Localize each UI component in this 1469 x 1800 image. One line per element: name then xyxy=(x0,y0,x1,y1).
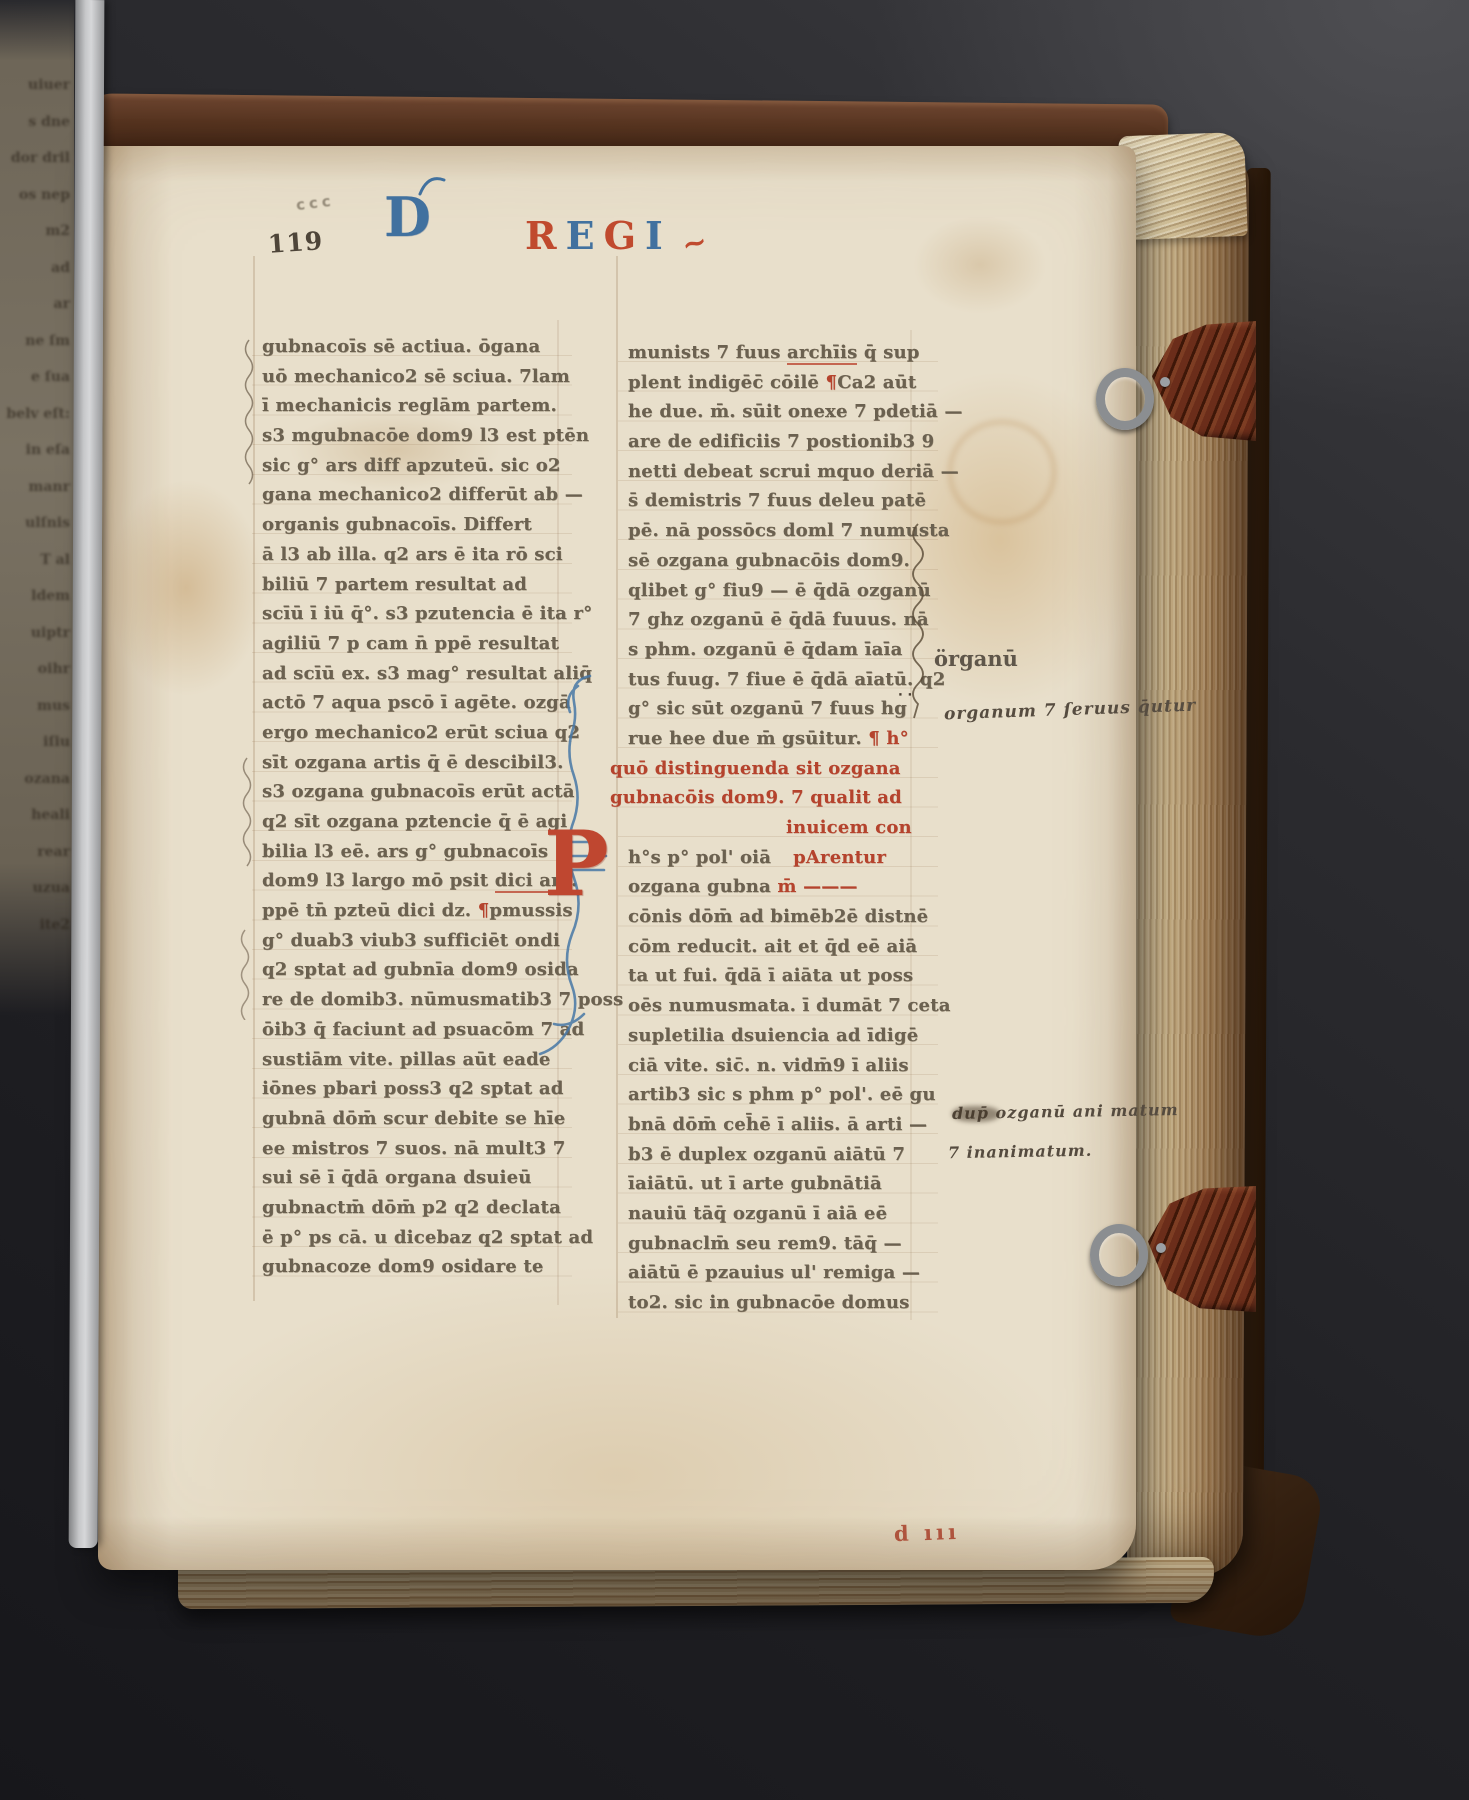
manuscript-line: h°s p° pol' oiāpArentur xyxy=(628,843,924,873)
text-segment: sīt ozgana artis q̄ ē descibil3. xyxy=(262,752,564,773)
manuscript-line: ā l3 ab illa. q2 ars ē ita rō sci xyxy=(262,540,558,570)
metal-pin-bottom xyxy=(1156,1243,1166,1253)
text-segment: ē p° ps cā. u dicebaz q2 sptat ad xyxy=(262,1227,593,1248)
facing-page-ghost-text: ad xyxy=(0,253,75,283)
text-segment: qlibet g° fiu9 — ē q̄dā ozganū xyxy=(628,580,931,601)
facing-page-ghost-text: ulſnis xyxy=(0,508,75,538)
manuscript-line: g° duab3 viub3 sufficiēt ondi xyxy=(262,926,558,956)
manuscript-line: nauiū tāq̄ ozganū ī aiā eē xyxy=(628,1199,924,1229)
text-segment: s3 ozgana gubnacoīs erūt actā xyxy=(262,781,575,802)
text-segment: gubnacoīs sē actiua. ōgana xyxy=(262,336,540,357)
text-segment: g° sic sūt ozganū 7 fuus hg xyxy=(628,698,907,719)
left-text-column: gubnacoīs sē actiua. ōganauō mechanico2 … xyxy=(262,332,558,1282)
manuscript-line: artib3 sic s phm p° pol'. eē gu xyxy=(628,1080,924,1110)
manuscript-line: gubnacoze dom9 osidare te xyxy=(262,1252,558,1282)
manuscript-line: aiātū ē pzauius ul' remiga — xyxy=(628,1258,924,1288)
text-segment: aiātū ē pzauius ul' remiga — xyxy=(628,1262,920,1283)
text-segment: quō distinguenda sit ozgana xyxy=(610,758,901,779)
text-segment: s phm. ozganū ē q̄dam īaīa xyxy=(628,639,902,660)
manuscript-line: gubnaclm̄ seu rem9. tāq̄ — xyxy=(628,1229,924,1259)
text-segment: pArentur xyxy=(793,847,886,868)
manuscript-line: uō mechanico2 sē sciua. 7lam xyxy=(262,362,558,392)
margin-squiggle xyxy=(240,338,258,488)
manuscript-line: gubnā dōm̄ scur debite se hīe xyxy=(262,1104,558,1134)
text-segment: cōm reducit. ait et q̄d eē aiā xyxy=(628,936,917,957)
manuscript-line: gubnacoīs sē actiua. ōgana xyxy=(262,332,558,362)
manuscript-line: gubnacōis dom9. 7 qualit ad xyxy=(628,783,924,813)
manuscript-line: ozgana gubna m̄ ——— xyxy=(628,872,924,902)
text-segment: agiliū 7 p cam n̄ ppē resultat xyxy=(262,633,559,654)
text-segment: b3 ē duplex ozganū aiātū 7 xyxy=(628,1144,905,1165)
text-segment: ¶ xyxy=(478,900,490,921)
text-segment: supletilia dsuiencia ad īdigē xyxy=(628,1025,918,1046)
manuscript-line: gana mechanico2 differūt ab — xyxy=(262,480,558,510)
text-segment: ōib3 q̄ faciunt ad psuacōm 7 ad xyxy=(262,1019,584,1040)
facing-page-ghost-text: uiuer xyxy=(0,70,75,100)
header-d-flourish xyxy=(418,172,448,198)
manuscript-line: q2 sptat ad gubnīa dom9 osida xyxy=(262,955,558,985)
decorated-initial-p: P xyxy=(544,820,609,909)
text-segment: sustiām vite. pillas aūt eade xyxy=(262,1049,551,1070)
text-segment: sic g° ars diff apzuteū. sic o2 xyxy=(262,455,561,476)
text-segment: q2 sīt ozgana pztencie q̄ ē agi xyxy=(262,811,567,832)
manuscript-line: s̄ demistris 7 fuus deleu patē xyxy=(628,486,924,516)
running-title-letter: R xyxy=(525,213,566,258)
text-segment: pē. nā possōcs doml 7 numusta xyxy=(628,520,950,541)
text-segment: sē ozgana gubnacōis dom9. xyxy=(628,550,910,571)
text-segment: plent indigēc̄ cōilē xyxy=(628,372,826,393)
leaf-stack-top-corner xyxy=(1118,132,1248,240)
facing-page-ghost-text: dor dril xyxy=(0,143,75,173)
text-segment: ta ut fui. q̄dā ī aiāta ut poss xyxy=(628,965,913,986)
manuscript-line: gubnactm̄ dōm̄ p2 q2 declata xyxy=(262,1193,558,1223)
text-segment: oēs numusmata. ī dumāt 7 ceta xyxy=(628,995,951,1016)
manuscript-line: he due. m̄. sūit onexe 7 pdetiā — xyxy=(628,397,924,427)
text-segment: īaiātū. ut ī arte gubnātiā xyxy=(628,1173,882,1194)
running-title-letter: E xyxy=(566,213,604,258)
text-segment: gubnā dōm̄ scur debite se hīe xyxy=(262,1108,565,1129)
facing-page-ghost-text: mus xyxy=(0,691,75,721)
text-segment: bnā dōm̄ ceh̄ē ī aliis. ā arti — xyxy=(628,1114,927,1135)
manuscript-line: s3 mgubnacōe dom9 l3 est ptēn xyxy=(262,421,558,451)
manuscript-line: sustiām vite. pillas aūt eade xyxy=(262,1045,558,1075)
manuscript-line: biliū 7 partem resultat ad xyxy=(262,570,558,600)
text-segment: actō 7 aqua pscō ī agēte. ozgā xyxy=(262,692,571,713)
ink-blot xyxy=(952,1106,1000,1122)
manuscript-line: organis gubnacoīs. Differt xyxy=(262,510,558,540)
text-segment: h°s p° pol' oiā xyxy=(628,847,771,868)
text-segment: scīū ī iū q̄°. s3 pzutencia ē ita r° xyxy=(262,603,592,624)
manuscript-line: ciā vite. sic̄. n. vidm̄9 ī aliis xyxy=(628,1051,924,1081)
text-segment: m̄ ——— xyxy=(777,876,857,897)
text-segment: netti debeat scrui mquo deriā — xyxy=(628,461,959,482)
manuscript-line: sic g° ars diff apzuteū. sic o2 xyxy=(262,451,558,481)
manuscript-photo: uiuers dnedor drilos nepm2adarne ſme ſua… xyxy=(0,0,1469,1800)
manuscript-line: ī mechanicis reglām partem. xyxy=(262,391,558,421)
margin-squiggle xyxy=(238,756,256,876)
facing-page-edge: uiuers dnedor drilos nepm2adarne ſme ſua… xyxy=(0,0,74,1015)
manuscript-line: 7 ghz ozganū ē q̄dā fuuus. nā xyxy=(628,605,924,635)
metal-clasp-ring-bottom xyxy=(1090,1224,1148,1286)
manuscript-line: quō distinguenda sit ozgana xyxy=(628,754,924,784)
text-segment: ozgana gubna xyxy=(628,876,777,897)
manuscript-line: munists 7 fuus archīis q̄ sup xyxy=(628,338,924,368)
manuscript-line: sui sē ī q̄dā organa dsuieū xyxy=(262,1163,558,1193)
text-segment: ergo mechanico2 erūt sciua q2 xyxy=(262,722,580,743)
facing-page-ghost-text: oihr xyxy=(0,654,75,684)
manuscript-line: are de edificiis 7 postionib3 9 xyxy=(628,427,924,457)
text-segment: sui sē ī q̄dā organa dsuieū xyxy=(262,1167,532,1188)
ink-dots: ∙ ∙ xyxy=(898,688,912,703)
facing-page-ghost-text: iſiu xyxy=(0,727,75,757)
text-segment: ppē tn̄ pzteū dici dz. xyxy=(262,900,478,921)
metal-pin-top xyxy=(1160,377,1170,387)
running-header-letter-d: D xyxy=(384,190,431,244)
manuscript-line: re de domib3. nūmusmatib3 7 poss xyxy=(262,985,558,1015)
facing-page-ghost-text: heali xyxy=(0,800,75,830)
marginal-gloss-duplex-line2: 7 inanimatum. xyxy=(948,1141,1093,1163)
manuscript-line: pē. nā possōcs doml 7 numusta xyxy=(628,516,924,546)
text-segment: ciā vite. sic̄. n. vidm̄9 ī aliis xyxy=(628,1055,909,1076)
manuscript-line: dom9 l3 largo mō psit dici ars. xyxy=(262,866,558,896)
manuscript-line: ppē tn̄ pzteū dici dz. ¶pmussis xyxy=(262,896,558,926)
manuscript-line: scīū ī iū q̄°. s3 pzutencia ē ita r° xyxy=(262,599,558,629)
text-segment: munists 7 fuus xyxy=(628,342,787,363)
manuscript-line: rue hee due m̄ gsūitur. ¶ h° xyxy=(628,724,924,754)
text-segment: to2. sic in gubnacōe domus xyxy=(628,1292,910,1313)
facing-page-ghost-text: ldem xyxy=(0,581,75,611)
facing-page-ghost-text: ar xyxy=(0,289,75,319)
manuscript-line: ee mistros 7 suos. nā mult3 7 xyxy=(262,1134,558,1164)
text-segment: ā l3 ab illa. q2 ars ē ita rō sci xyxy=(262,544,563,565)
facing-page-ghost-text: uiptr xyxy=(0,618,75,648)
manuscript-line: cōm reducit. ait et q̄d eē aiā xyxy=(628,932,924,962)
facing-page-ghost-text: in eſa xyxy=(0,435,75,465)
running-header-title: REGI xyxy=(525,216,672,256)
text-segment: he due. m̄. sūit onexe 7 pdetiā — xyxy=(628,401,963,422)
text-segment: bilia l3 eē. ars g° gubnacoīs xyxy=(262,841,548,862)
right-text-column: munists 7 fuus archīis q̄ supplent indig… xyxy=(628,338,924,1318)
manuscript-line: s phm. ozganū ē q̄dam īaīa xyxy=(628,635,924,665)
text-segment: s3 mgubnacōe dom9 l3 est ptēn xyxy=(262,425,589,446)
manuscript-line: g° sic sūt ozganū 7 fuus hg xyxy=(628,694,924,724)
text-segment: gubnacōis dom9. 7 qualit ad xyxy=(610,787,902,808)
manuscript-line: ergo mechanico2 erūt sciua q2 xyxy=(262,718,558,748)
facing-page-ghost-text: ite2 xyxy=(0,910,75,940)
facing-page-ghost-text: e ſua xyxy=(0,362,75,392)
facing-page-ghost-text: s dne xyxy=(0,107,75,137)
manuscript-line: supletilia dsuiencia ad īdigē xyxy=(628,1021,924,1051)
text-segment: nauiū tāq̄ ozganū ī aiā eē xyxy=(628,1203,887,1224)
quire-signature-mark: d ııı xyxy=(894,1519,961,1546)
facing-page-ghost-text: manr xyxy=(0,472,75,502)
facing-page-ghost-text: uzua xyxy=(0,873,75,903)
text-segment: s̄ demistris 7 fuus deleu patē xyxy=(628,490,926,511)
text-segment: rue hee due m̄ gsūitur. xyxy=(628,728,868,749)
manuscript-line: q2 sīt ozgana pztencie q̄ ē agi xyxy=(262,807,558,837)
text-segment: gubnaclm̄ seu rem9. tāq̄ — xyxy=(628,1233,902,1254)
manuscript-line: actō 7 aqua pscō ī agēte. ozgā xyxy=(262,688,558,718)
manuscript-line: s3 ozgana gubnacoīs erūt actā xyxy=(262,777,558,807)
text-segment: inuicem con xyxy=(786,817,912,838)
text-segment: gana mechanico2 differūt ab — xyxy=(262,484,583,505)
margin-squiggle xyxy=(236,928,254,1020)
manuscript-line: bnā dōm̄ ceh̄ē ī aliis. ā arti — xyxy=(628,1110,924,1140)
manuscript-line: ad scīū ex. s3 mag° resultat aliq̄ xyxy=(262,659,558,689)
folio-number: 119 xyxy=(267,226,324,259)
text-segment: dom9 l3 largo mō psit xyxy=(262,870,495,891)
text-segment: iōnes pbari poss3 q2 sptat ad xyxy=(262,1078,564,1099)
text-segment: ¶ h° xyxy=(868,728,909,749)
ring-stain xyxy=(948,420,1056,524)
manuscript-line: plent indigēc̄ cōilē ¶Ca2 aūt xyxy=(628,368,924,398)
manuscript-line: tus fuug. 7 fiue ē q̄dā aīatū. q2 xyxy=(628,665,924,695)
text-segment: q̄ sup xyxy=(857,342,919,363)
manuscript-line: ōib3 q̄ faciunt ad psuacōm 7 ad xyxy=(262,1015,558,1045)
running-title-letter: I xyxy=(645,213,672,258)
manuscript-line: agiliū 7 p cam n̄ ppē resultat xyxy=(262,629,558,659)
manuscript-line: īaiātū. ut ī arte gubnātiā xyxy=(628,1169,924,1199)
facing-page-ghost-text: T al xyxy=(0,545,75,575)
manuscript-line: oēs numusmata. ī dumāt 7 ceta xyxy=(628,991,924,1021)
manuscript-line: to2. sic in gubnacōe domus xyxy=(628,1288,924,1318)
text-segment: biliū 7 partem resultat ad xyxy=(262,574,527,595)
facing-page-ghost-text: m2 xyxy=(0,216,75,246)
text-segment: organis gubnacoīs. Differt xyxy=(262,514,532,535)
marginal-note-organum: örganū xyxy=(934,646,1018,671)
facing-page-ghost-text: rear xyxy=(0,837,75,867)
text-segment: q2 sptat ad gubnīa dom9 osida xyxy=(262,959,579,980)
manuscript-line: ē p° ps cā. u dicebaz q2 sptat ad xyxy=(262,1223,558,1253)
facing-page-ghost-text: ozana xyxy=(0,764,75,794)
text-segment: 7 ghz ozganū ē q̄dā fuuus. nā xyxy=(628,609,929,630)
manuscript-line: cōnis dōm̄ ad bimēb2ē distnē xyxy=(628,902,924,932)
text-segment: cōnis dōm̄ ad bimēb2ē distnē xyxy=(628,906,928,927)
manuscript-line: iōnes pbari poss3 q2 sptat ad xyxy=(262,1074,558,1104)
manuscript-line: sīt ozgana artis q̄ ē descibil3. xyxy=(262,748,558,778)
text-segment: g° duab3 viub3 sufficiēt ondi xyxy=(262,930,560,951)
text-segment: uō mechanico2 sē sciua. 7lam xyxy=(262,366,570,387)
manuscript-line: qlibet g° fiu9 — ē q̄dā ozganū xyxy=(628,576,924,606)
text-segment: ¶ xyxy=(826,372,838,393)
text-segment: ī mechanicis reglām partem. xyxy=(262,395,557,416)
text-segment: tus fuug. 7 fiue ē q̄dā aīatū. q2 xyxy=(628,669,945,690)
facing-page-ghost-text: os nep xyxy=(0,180,75,210)
manuscript-line: sē ozgana gubnacōis dom9. xyxy=(628,546,924,576)
metal-clasp-ring-top xyxy=(1096,368,1154,430)
text-segment: gubnacoze dom9 osidare te xyxy=(262,1256,544,1277)
facing-page-ghost-text: belv eſt: xyxy=(0,399,75,429)
facing-page-ghost-text: ne ſm xyxy=(0,326,75,356)
text-segment: are de edificiis 7 postionib3 9 xyxy=(628,431,934,452)
text-segment: Ca2 aūt xyxy=(837,372,916,393)
manuscript-line: b3 ē duplex ozganū aiātū 7 xyxy=(628,1140,924,1170)
text-segment: ee mistros 7 suos. nā mult3 7 xyxy=(262,1138,566,1159)
running-title-letter: G xyxy=(604,213,645,258)
manuscript-line: inuicem con xyxy=(628,813,924,843)
manuscript-line: bilia l3 eē. ars g° gubnacoīs xyxy=(262,837,558,867)
text-segment: archīis xyxy=(787,342,857,365)
text-segment: gubnactm̄ dōm̄ p2 q2 declata xyxy=(262,1197,561,1218)
manuscript-line: ta ut fui. q̄dā ī aiāta ut poss xyxy=(628,961,924,991)
text-segment: artib3 sic s phm p° pol'. eē gu xyxy=(628,1084,936,1105)
manuscript-line: netti debeat scrui mquo deriā — xyxy=(628,457,924,487)
